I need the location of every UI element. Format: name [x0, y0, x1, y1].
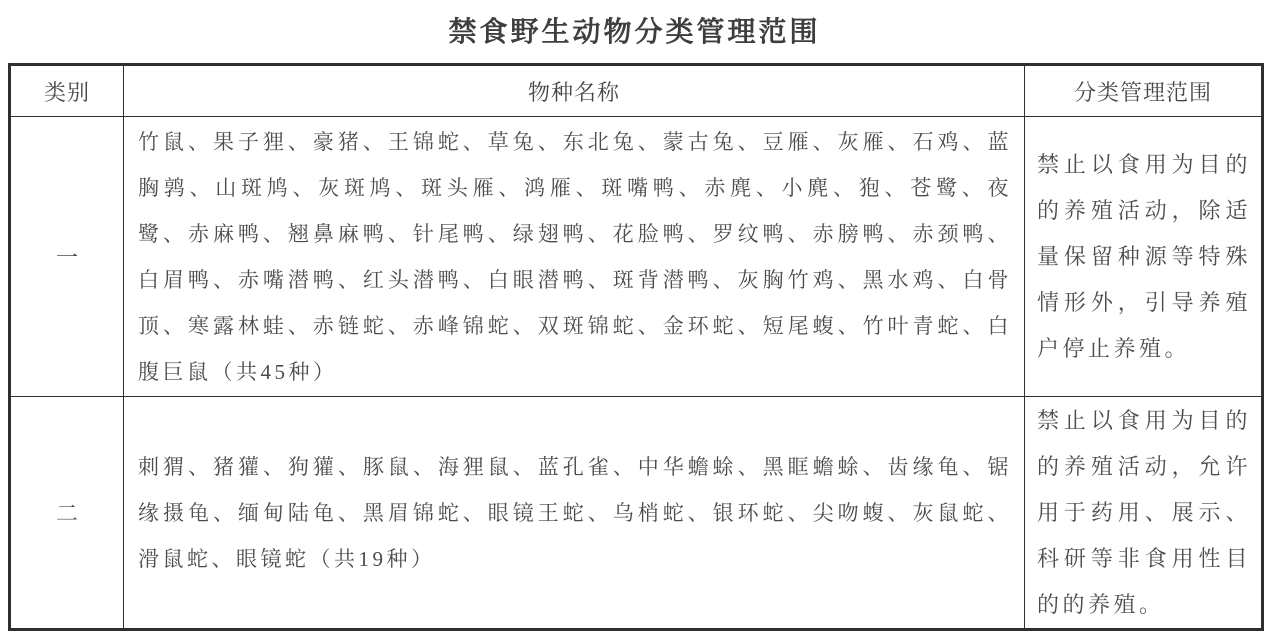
category-cell: 一 — [10, 117, 124, 397]
header-species: 物种名称 — [124, 65, 1025, 117]
scope-cell: 禁止以食用为目的的养殖活动，除适量保留种源等特殊情形外，引导养殖户停止养殖。 — [1025, 117, 1263, 397]
document-page: 禁食野生动物分类管理范围 类别 物种名称 分类管理范围 一 竹鼠、果子狸、豪猪、… — [0, 0, 1269, 642]
header-category: 类别 — [10, 65, 124, 117]
table-row: 一 竹鼠、果子狸、豪猪、王锦蛇、草兔、东北兔、蒙古兔、豆雁、灰雁、石鸡、蓝胸鹑、… — [10, 117, 1263, 397]
species-cell: 刺猬、猪獾、狗獾、豚鼠、海狸鼠、蓝孔雀、中华蟾蜍、黑眶蟾蜍、齿缘龟、锯缘摄龟、缅… — [124, 397, 1025, 630]
classification-table: 类别 物种名称 分类管理范围 一 竹鼠、果子狸、豪猪、王锦蛇、草兔、东北兔、蒙古… — [8, 63, 1264, 631]
table-row: 二 刺猬、猪獾、狗獾、豚鼠、海狸鼠、蓝孔雀、中华蟾蜍、黑眶蟾蜍、齿缘龟、锯缘摄龟… — [10, 397, 1263, 630]
header-scope: 分类管理范围 — [1025, 65, 1263, 117]
page-title: 禁食野生动物分类管理范围 — [0, 10, 1269, 50]
species-cell: 竹鼠、果子狸、豪猪、王锦蛇、草兔、东北兔、蒙古兔、豆雁、灰雁、石鸡、蓝胸鹑、山斑… — [124, 117, 1025, 397]
scope-cell: 禁止以食用为目的的养殖活动，允许用于药用、展示、科研等非食用性目的的养殖。 — [1025, 397, 1263, 630]
table-header-row: 类别 物种名称 分类管理范围 — [10, 65, 1263, 117]
category-cell: 二 — [10, 397, 124, 630]
